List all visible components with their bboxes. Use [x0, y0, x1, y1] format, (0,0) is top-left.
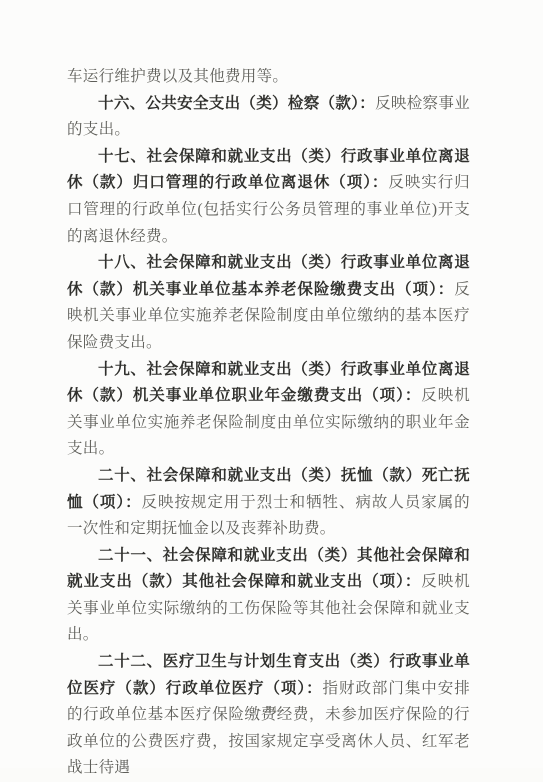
- paragraph: 十九、社会保障和就业支出（类）行政事业单位离退休（款）机关事业单位职业年金缴费支…: [67, 357, 470, 463]
- paragraph-heading: 十九、社会保障和就业支出（类）行政事业单位离退休（款）机关事业单位职业年金缴费支…: [67, 361, 470, 405]
- paragraph: 车运行维护费以及其他费用等。: [67, 64, 470, 91]
- paragraph: 二十、社会保障和就业支出（类）抚恤（款）死亡抚恤（项）：反映按规定用于烈士和牺牲…: [67, 463, 470, 543]
- paragraph-heading: 十八、社会保障和就业支出（类）行政事业单位离退休（款）机关事业单位基本养老保险缴…: [67, 254, 470, 298]
- paragraph-heading: 二十一、社会保障和就业支出（类）其他社会保障和就业支出（款）其他社会保障和就业支…: [67, 547, 470, 591]
- paragraph: 十七、社会保障和就业支出（类）行政事业单位离退休（款）归口管理的行政单位离退休（…: [67, 144, 470, 250]
- page-number: - 34 -: [0, 705, 543, 716]
- paragraph: 十八、社会保障和就业支出（类）行政事业单位离退休（款）机关事业单位基本养老保险缴…: [67, 250, 470, 356]
- paragraph-heading: 十六、公共安全支出（类）检察（款）：: [98, 95, 375, 112]
- document-page: 车运行维护费以及其他费用等。 十六、公共安全支出（类）检察（款）：反映检察事业的…: [0, 0, 543, 768]
- paragraph: 二十一、社会保障和就业支出（类）其他社会保障和就业支出（款）其他社会保障和就业支…: [67, 543, 470, 649]
- paragraph-text: 车运行维护费以及其他费用等。: [67, 68, 288, 85]
- paragraph: 十六、公共安全支出（类）检察（款）：反映检察事业的支出。: [67, 91, 470, 144]
- document-body: 车运行维护费以及其他费用等。 十六、公共安全支出（类）检察（款）：反映检察事业的…: [67, 64, 470, 768]
